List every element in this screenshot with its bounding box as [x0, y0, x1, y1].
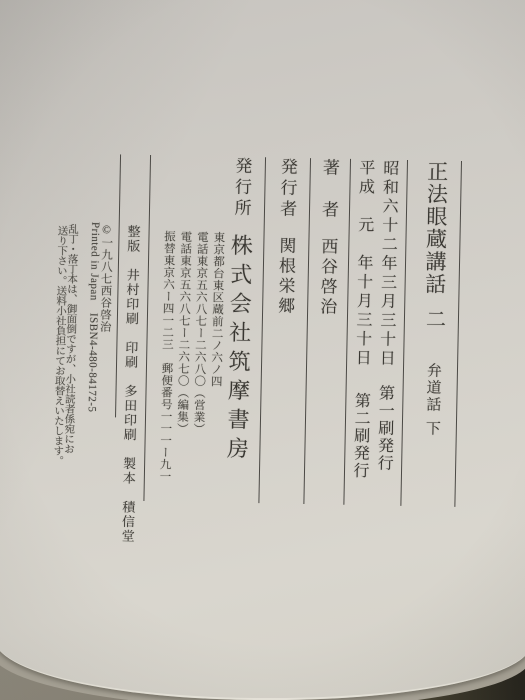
- phone-editorial: 電話東京五六八七ー二六七〇（編集）: [175, 231, 190, 435]
- publisher-officer-name: 関根栄郷: [276, 236, 295, 316]
- book-photo: 正法眼蔵講話 二 弁道話 下 昭和六十二年三月三十日 第一刷発行 平成 元 年十…: [0, 0, 525, 700]
- author-column: 著 者 西谷啓治: [314, 158, 338, 504]
- publisher-address: 東京都台東区蔵前二ノ六ノ四: [209, 231, 223, 387]
- book-subtitle-part: 下: [424, 420, 439, 435]
- first-printing-date: 昭和六十二年三月三十日: [377, 159, 397, 368]
- author-group: 著 者 西谷啓治: [303, 158, 350, 505]
- phone-sales: 電話東京五六八七ー二六八〇（営業）: [192, 231, 207, 435]
- book-page: 正法眼蔵講話 二 弁道話 下 昭和六十二年三月三十日 第一刷発行 平成 元 年十…: [0, 0, 525, 700]
- first-printing-label: 第一刷発行: [375, 384, 393, 472]
- postal-transfer-column: 振替東京六ー四一二三 郵便番号一一一ー九一: [157, 155, 175, 501]
- colophon-block: 正法眼蔵講話 二 弁道話 下 昭和六十二年三月三十日 第一刷発行 平成 元 年十…: [33, 153, 462, 507]
- production-column: 整版 井村印刷 印刷 多田印刷 製本 積信堂: [121, 155, 141, 501]
- second-printing-label: 第二刷発行: [351, 392, 369, 480]
- phone-editorial-column: 電話東京五六八七ー二六七〇（編集）: [174, 156, 192, 502]
- second-printing-date: 平成 元 年十月三十日: [353, 159, 373, 368]
- copyright-line: ©一九八七西谷啓治: [98, 224, 112, 333]
- second-printing-column: 平成 元 年十月三十日 第二刷発行: [350, 159, 373, 505]
- author-name: 西谷啓治: [318, 237, 337, 317]
- first-printing-column: 昭和六十二年三月三十日 第一刷発行: [374, 159, 397, 505]
- book-volume: 二: [423, 308, 443, 328]
- publisher-column: 発行所 株式会社筑摩書房: [224, 157, 253, 503]
- publisher-officer-label: 発行者: [278, 157, 296, 220]
- publisher-address-column: 東京都台東区蔵前二ノ六ノ四: [207, 156, 225, 502]
- production-credits: 整版 井村印刷 印刷 多田印刷 製本 積信堂: [121, 225, 140, 544]
- author-label: 著 者: [320, 158, 338, 221]
- title-group: 正法眼蔵講話 二 弁道話 下: [400, 160, 462, 507]
- phone-sales-column: 電話東京五六八七ー二六八〇（営業）: [190, 156, 208, 502]
- postal-transfer: 振替東京六ー四一二三 郵便番号一一一ー九一: [158, 230, 174, 482]
- publisher-group: 発行所 株式会社筑摩書房 東京都台東区蔵前二ノ六ノ四 電話東京五六八七ー二六八〇…: [143, 155, 265, 503]
- publisher-name: 株式会社筑摩書房: [225, 234, 251, 466]
- publisher-officer-group: 発行者 関根栄郷: [258, 157, 310, 504]
- publisher-officer-column: 発行者 関根栄郷: [272, 157, 296, 503]
- book-title: 正法眼蔵講話: [423, 160, 447, 295]
- title-column: 正法眼蔵講話 二 弁道話 下: [419, 160, 447, 506]
- edition-dates-group: 昭和六十二年三月三十日 第一刷発行 平成 元 年十月三十日 第二刷発行: [343, 159, 407, 506]
- book-subtitle: 弁道話: [424, 362, 440, 413]
- publisher-label: 発行所: [232, 157, 250, 220]
